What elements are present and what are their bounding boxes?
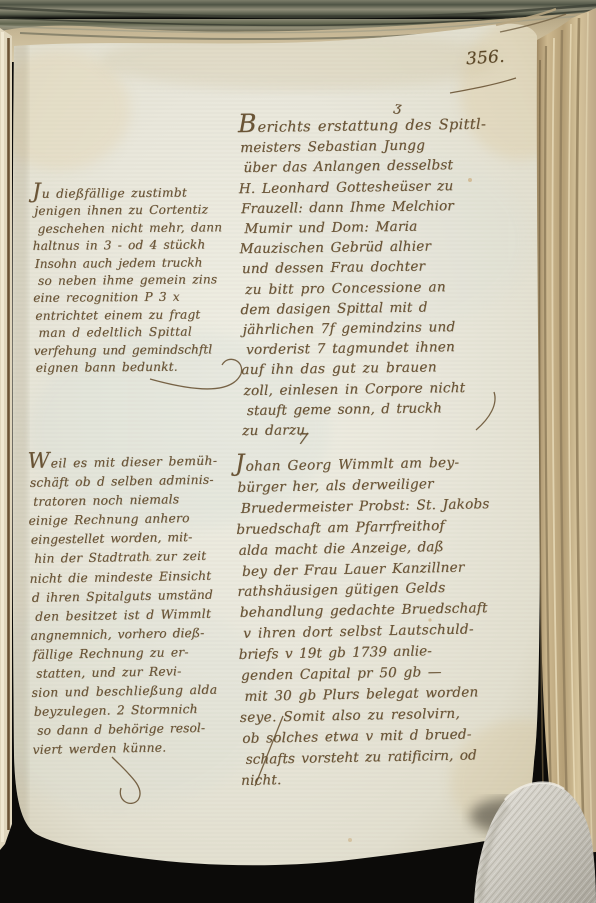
manuscript-line: verfehung und gemindschftl <box>34 341 249 360</box>
manuscript-line: zu darzu. <box>242 417 550 442</box>
manuscript-line: viert werden künne. <box>32 737 250 760</box>
entry-paragraph-2: Johan Georg Wimmlt am bey-bürger her, al… <box>235 449 549 791</box>
paragraph-mark-entry2: 7 <box>297 430 308 449</box>
entry-paragraph-1: Berichts erstattung des Spittl-meisters … <box>238 110 551 442</box>
page-number: 356. <box>465 47 505 70</box>
manuscript-line: Ju dießfällige zustimbt <box>32 181 247 203</box>
manuscript-line: so neben ihme gemein zins <box>38 271 248 290</box>
manuscript-line: Insohn auch jedem truckh <box>35 254 248 273</box>
manuscript-line: eine recognition P 3 x <box>33 288 248 307</box>
manuscript-line: entrichtet einem zu fragt <box>35 306 248 325</box>
margin-note-2: Weil es mit dieser bemüh-schäft ob d sel… <box>27 450 250 760</box>
manuscript-line: eignen bann bedunkt. <box>36 358 249 377</box>
manuscript-line: schäft ob d selben adminis- <box>30 470 246 493</box>
manuscript-page-photo: 356. ʒ Berichts erstattung des Spittl-me… <box>0 0 596 903</box>
manuscript-line: man d edeltlich Spittal <box>38 323 248 342</box>
margin-note-1: Ju dießfällige zustimbtjenigen ihnen zu … <box>32 181 249 377</box>
manuscript-line: haltnus in 3 - od 4 stückh <box>33 236 248 255</box>
manuscript-line: jenigen ihnen zu Cortentiz <box>34 201 247 220</box>
manuscript-line: geschehen nicht mehr, dann <box>37 219 247 238</box>
